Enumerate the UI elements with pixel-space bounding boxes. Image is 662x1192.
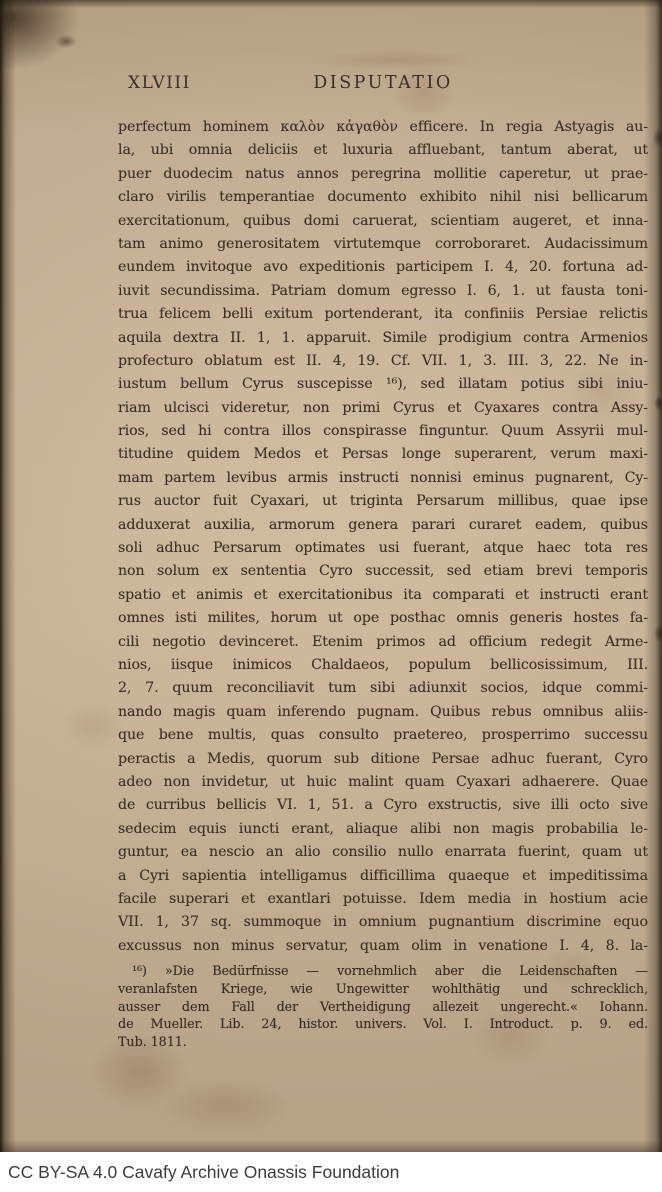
license-attribution-bar: CC BY-SA 4.0 Cavafy Archive Onassis Foun… (0, 1152, 662, 1192)
body-line: non solum ex sententia Cyro successit, s… (118, 560, 648, 583)
body-line: adduxerat auxilia, armorum genera parari… (118, 514, 648, 537)
body-line: iustum bellum Cyrus suscepisse ¹⁶), sed … (118, 373, 648, 396)
body-line: VII. 1, 37 sq. summoque in omnium pugnan… (118, 911, 648, 934)
footnote-line: ausser dem Fall der Vertheidigung alleze… (118, 999, 648, 1017)
body-line: mam partem levibus armis instructi nonni… (118, 467, 648, 490)
body-line: exercitationum, quibus domi caruerat, sc… (118, 210, 648, 233)
body-line: cili negotio devinceret. Etenim primos a… (118, 631, 648, 654)
body-line: puer duodecim natus annos peregrina moll… (118, 163, 648, 186)
body-line: trua felicem belli exitum portenderant, … (118, 303, 648, 326)
body-line: claro virilis temperantiae documento exh… (118, 186, 648, 209)
body-line: soli adhuc Persarum optimates usi fueran… (118, 537, 648, 560)
paper-background: XLVIII DISPUTATIO perfectum hominem καλὸ… (0, 0, 662, 1152)
body-line: omnes isti milites, horum ut ope posthac… (118, 607, 648, 630)
page-title: DISPUTATIO (118, 73, 648, 93)
body-line: peractis a Medis, quorum sub ditione Per… (118, 748, 648, 771)
body-line: perfectum hominem καλὸν κἀγαθὸν efficere… (118, 116, 648, 139)
body-line: sedecim equis iuncti erant, aliaque alib… (118, 818, 648, 841)
body-line: eundem invitoque avo expeditionis partic… (118, 256, 648, 279)
body-line: a Cyri sapientia intelligamus difficilli… (118, 865, 648, 888)
body-line: tam animo generositatem virtutemque corr… (118, 233, 648, 256)
body-line: rios, sed hi contra illos conspirasse fi… (118, 420, 648, 443)
body-line: iuvit secundissima. Patriam domum egress… (118, 280, 648, 303)
license-attribution-text: CC BY-SA 4.0 Cavafy Archive Onassis Foun… (8, 1162, 399, 1183)
body-line: adeo non invidetur, ut huic malint quam … (118, 771, 648, 794)
footnote-line: veranlafsten Kriege, wie Ungewitter wohl… (118, 981, 648, 999)
body-text: perfectum hominem καλὸν κἀγαθὸν efficere… (118, 116, 648, 958)
body-line: nios, iisque inimicos Chaldaeos, populum… (118, 654, 648, 677)
footnote-line: de Mueller. Lib. 24, histor. univers. Vo… (118, 1016, 648, 1034)
scanned-book-page: XLVIII DISPUTATIO perfectum hominem καλὸ… (0, 0, 662, 1192)
body-line: guntur, ea nescio an alio consilio nullo… (118, 841, 648, 864)
page-number: XLVIII (128, 73, 191, 93)
body-line: facile superari et exantlari potuisse. I… (118, 888, 648, 911)
body-line: nando magis quam inferendo pugnam. Quibu… (118, 701, 648, 724)
footnote-line: Tub. 1811. (118, 1034, 648, 1052)
body-line: titudine quidem Medos et Persas longe su… (118, 443, 648, 466)
running-head: XLVIII DISPUTATIO (118, 73, 648, 97)
footnote-line: ¹⁶) »Die Bedürfnisse — vornehmlich aber … (118, 963, 648, 981)
footnote: ¹⁶) »Die Bedürfnisse — vornehmlich aber … (118, 963, 648, 1052)
body-line: profecturo oblatum est II. 4, 19. Cf. VI… (118, 350, 648, 373)
body-line: que bene multis, quas consulto praetereo… (118, 724, 648, 747)
body-line: spatio et animis et exercitationibus ita… (118, 584, 648, 607)
body-line: aquila dextra II. 1, 1. apparuit. Simile… (118, 327, 648, 350)
body-line: 2, 7. quum reconciliavit tum sibi adiunx… (118, 677, 648, 700)
body-line: la, ubi omnia deliciis et luxuria afflue… (118, 139, 648, 162)
body-line: de curribus bellicis VI. 1, 51. a Cyro e… (118, 794, 648, 817)
body-line: riam ulcisci videretur, non primi Cyrus … (118, 397, 648, 420)
body-line: excussus non minus servatur, quam olim i… (118, 935, 648, 958)
body-line: rus auctor fuit Cyaxari, ut triginta Per… (118, 490, 648, 513)
